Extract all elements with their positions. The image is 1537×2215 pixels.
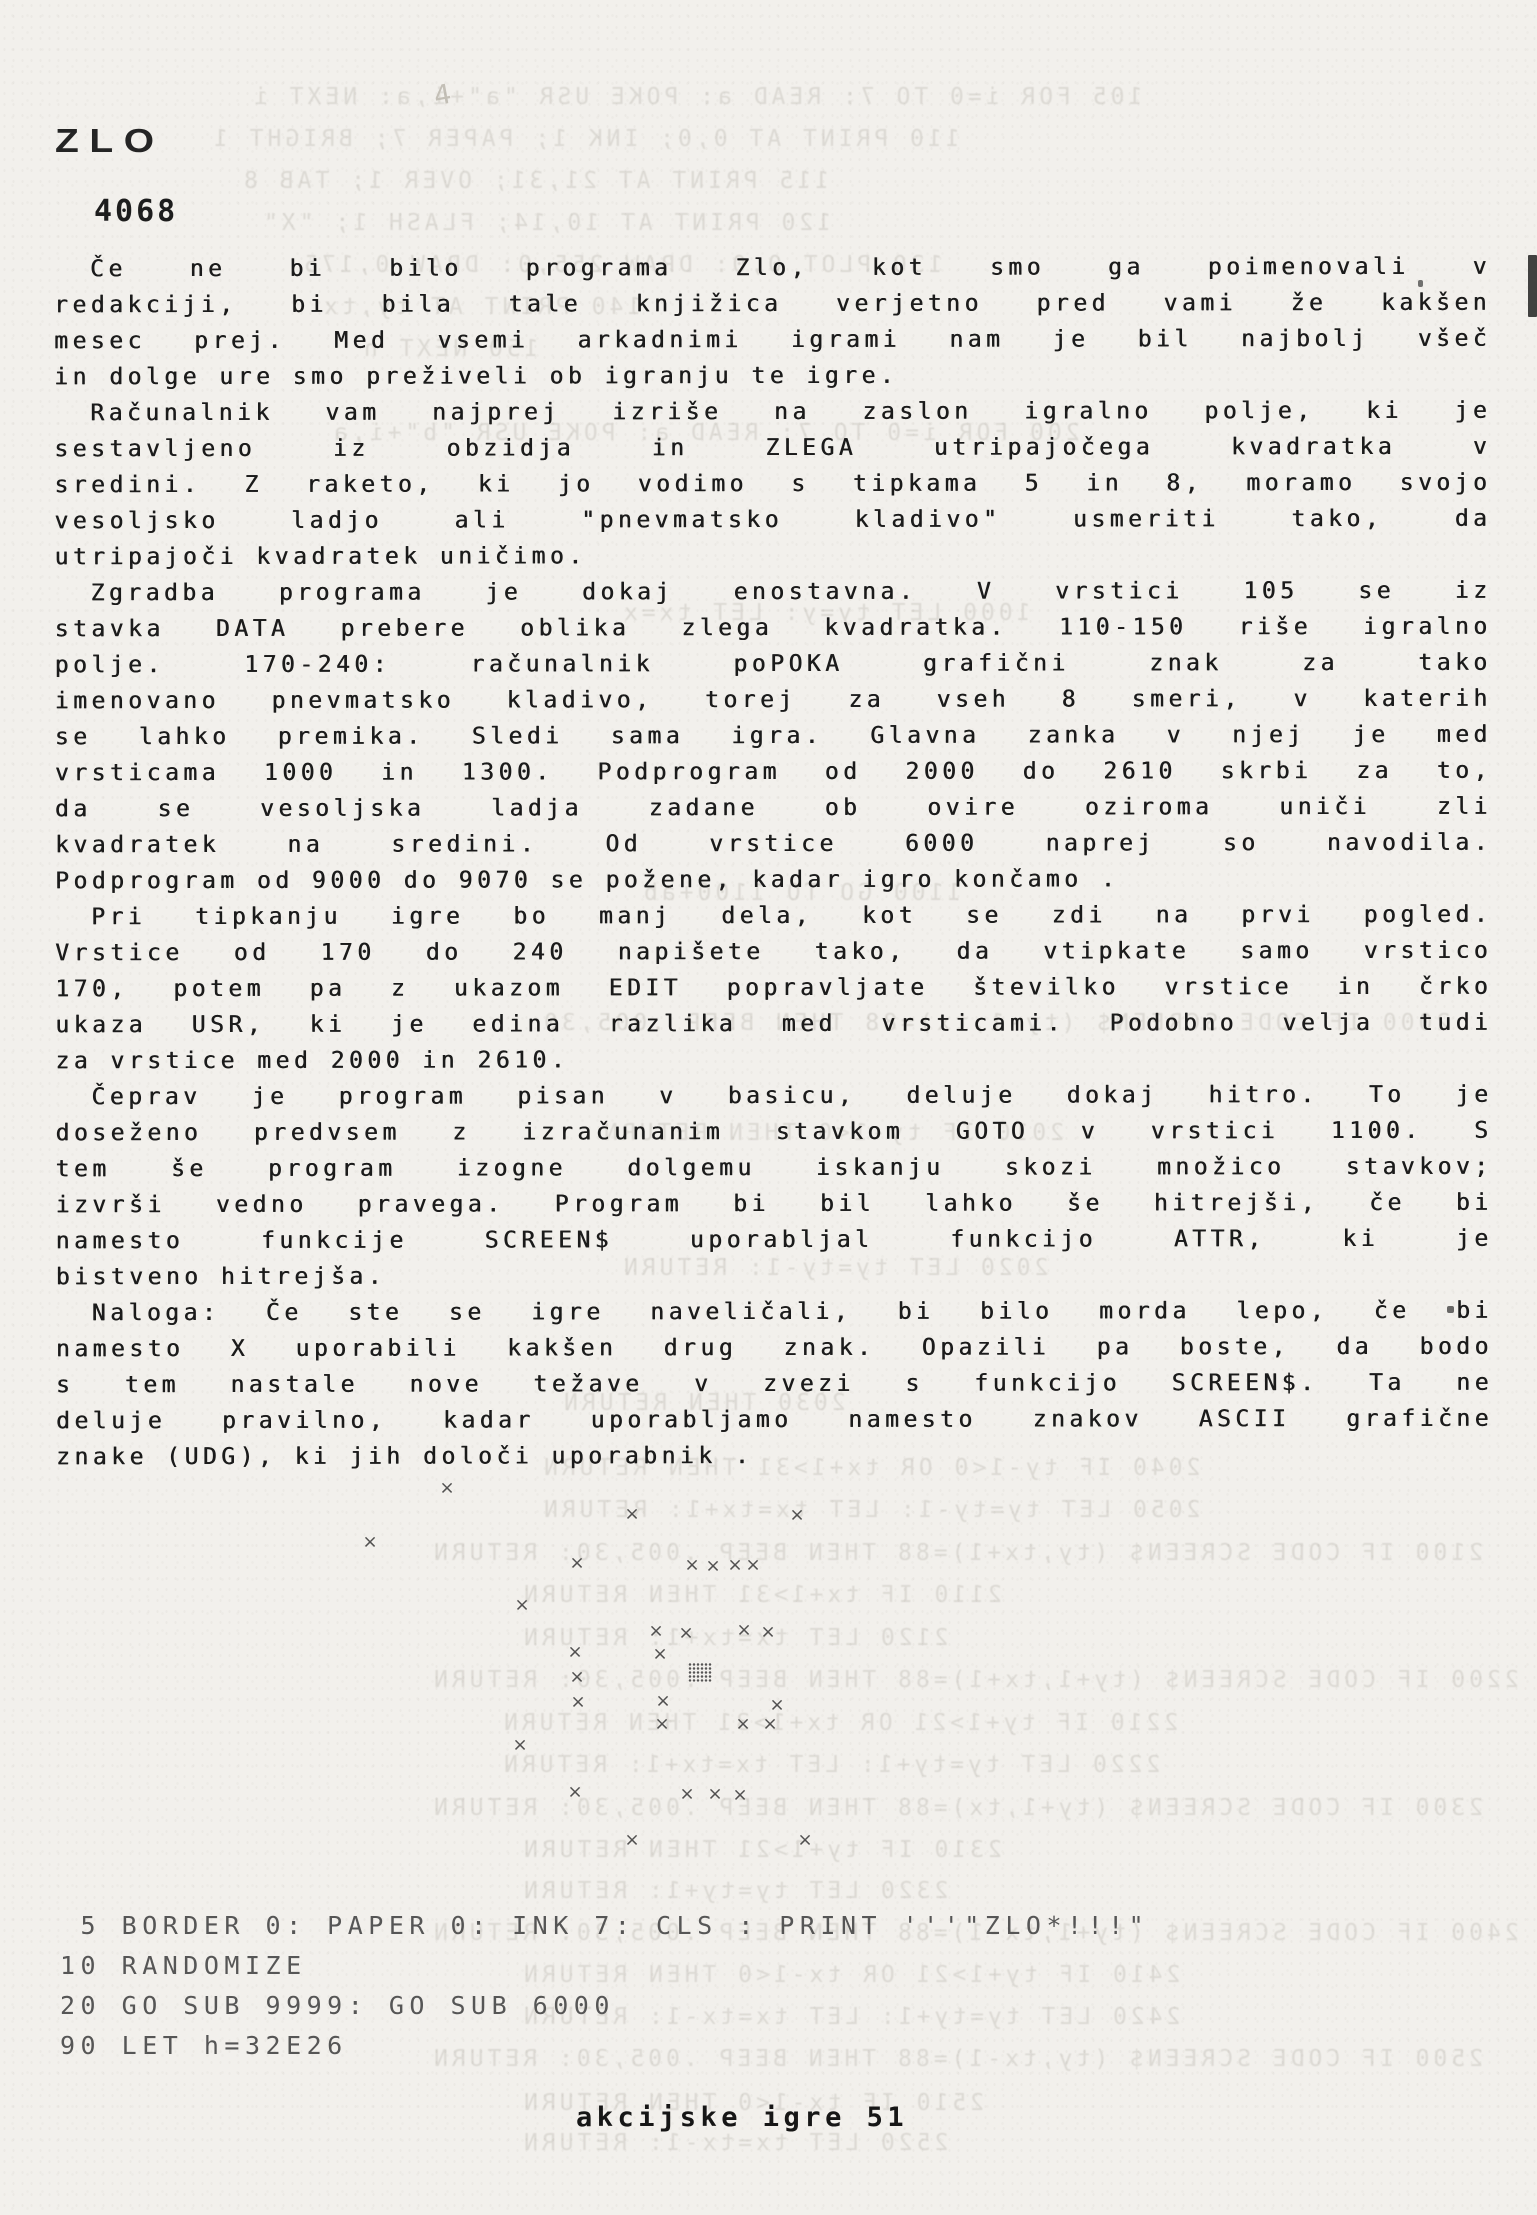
dot-block-mark bbox=[688, 1663, 712, 1682]
text-line: znake (UDG), ki jih določi uporabnik . bbox=[56, 1437, 1493, 1476]
article-title: ZLO bbox=[55, 122, 165, 160]
x-mark: × bbox=[570, 1691, 585, 1712]
text-line: Naloga: Če ste se igre naveličali, bi bi… bbox=[56, 1293, 1493, 1332]
x-mark: × bbox=[567, 1641, 582, 1662]
text-line: Vrstice od 170 do 240 napišete tako, da … bbox=[55, 933, 1492, 972]
text-line: da se vesoljska ladja zadane ob ovire oz… bbox=[55, 789, 1492, 828]
x-mark: × bbox=[789, 1504, 804, 1525]
text-line: izvrši vedno pravega. Program bi bil lah… bbox=[56, 1185, 1493, 1224]
x-mark: × bbox=[512, 1734, 527, 1755]
x-mark: × bbox=[652, 1643, 667, 1664]
text-line: bistveno hitrejša. bbox=[56, 1257, 1493, 1296]
text-line: 170, potem pa z ukazom EDIT popravljate … bbox=[55, 969, 1492, 1008]
text-line: za vrstice med 2000 in 2610. bbox=[55, 1041, 1492, 1080]
x-mark: × bbox=[727, 1554, 742, 1575]
code-line: 10 RANDOMIZE bbox=[60, 1946, 1149, 1986]
bleedthrough-line: 2300 IF CODE SCREEN$ (ty+1,tx)=88 THEN B… bbox=[430, 1795, 1483, 1821]
code-listing: 5 BORDER 0: PAPER 0: INK 7: CLS : PRINT … bbox=[60, 1906, 1149, 2066]
bleedthrough-line: 2320 LET ty=ty+1: RETURN bbox=[520, 1878, 948, 1904]
text-line: Pri tipkanju igre bo manj dela, kot se z… bbox=[55, 897, 1492, 936]
scanned-page: 105 FOR i=0 TO 7: READ a: POKE USR "a"+i… bbox=[0, 0, 1537, 2215]
text-line: in dolge ure smo preživeli ob igranju te… bbox=[54, 357, 1491, 396]
text-line: sredini. Z raketo, ki jo vodimo s tipkam… bbox=[54, 465, 1491, 504]
text-line: stavka DATA prebere oblika zlega kvadrat… bbox=[55, 609, 1492, 648]
text-line: mesec prej. Med vsemi arkadnimi igrami n… bbox=[54, 321, 1491, 360]
bleedthrough-line: 2520 LET tx=tx-1: RETURN bbox=[520, 2130, 948, 2156]
text-line: Zgradba programa je dokaj enostavna. V v… bbox=[54, 573, 1491, 612]
page-footer: akcijske igre 51 bbox=[576, 2102, 908, 2133]
x-mark: × bbox=[648, 1620, 663, 1641]
bleedthrough-line: 2220 LET ty=ty+1: LET tx=tx+1: RETURN bbox=[500, 1752, 1160, 1778]
bleedthrough-line: 2110 IF tx+1>31 THEN RETURN bbox=[520, 1582, 1002, 1608]
text-line: tem še program izogne dolgemu iskanju sk… bbox=[56, 1149, 1493, 1188]
text-line: sestavljeno iz obzidja in ZLEGA utripajo… bbox=[54, 429, 1491, 468]
issue-number: 4068 bbox=[94, 194, 178, 229]
text-line: namesto X uporabili kakšen drug znak. Op… bbox=[56, 1329, 1493, 1368]
x-mark: × bbox=[678, 1622, 693, 1643]
x-mark: × bbox=[569, 1666, 584, 1687]
x-mark: × bbox=[624, 1829, 639, 1850]
x-mark: × bbox=[762, 1713, 777, 1734]
x-mark: × bbox=[769, 1694, 784, 1715]
x-mark: × bbox=[362, 1531, 377, 1552]
code-line: 20 GO SUB 9999: GO SUB 6000 bbox=[60, 1986, 1149, 2026]
text-line: kvadratek na sredini. Od vrstice 6000 na… bbox=[55, 825, 1492, 864]
x-mark: × bbox=[654, 1713, 669, 1734]
text-line: Če ne bi bilo programa Zlo, kot smo ga p… bbox=[54, 249, 1491, 288]
x-mark: × bbox=[735, 1713, 750, 1734]
x-mark: × bbox=[745, 1554, 760, 1575]
text-line: Računalnik vam najprej izriše na zaslon … bbox=[54, 393, 1491, 432]
text-line: Čeprav je program pisan v basicu, deluje… bbox=[55, 1077, 1492, 1116]
article-body: Če ne bi bilo programa Zlo, kot smo ga p… bbox=[54, 249, 1493, 1476]
bleedthrough-line: 120 PRINT AT 10,14; FLASH 1; "X" bbox=[260, 210, 831, 236]
bleedthrough-line: 115 PRINT AT 21,31; OVER 1; TAB 8 bbox=[240, 168, 829, 194]
x-mark: × bbox=[655, 1690, 670, 1711]
x-mark: × bbox=[705, 1555, 720, 1576]
x-mark: × bbox=[567, 1781, 582, 1802]
code-line: 5 BORDER 0: PAPER 0: INK 7: CLS : PRINT … bbox=[60, 1906, 1149, 1946]
text-line: redakciji, bi bila tale knjižica verjetn… bbox=[54, 285, 1491, 324]
scan-speck bbox=[1418, 280, 1423, 287]
x-mark: × bbox=[736, 1619, 751, 1640]
text-line: doseženo predvsem z izračunanim stavkom … bbox=[55, 1113, 1492, 1152]
bleedthrough-line: 2210 IF ty+1>21 OR tx+1>31 THEN RETURN bbox=[500, 1710, 1178, 1736]
text-line: deluje pravilno, kadar uporabljamo names… bbox=[56, 1401, 1493, 1440]
text-line: polje. 170-240: računalnik poPOKA grafič… bbox=[55, 645, 1492, 684]
bleedthrough-line: 110 PRINT AT 0,0; INK 1; PAPER 7; BRIGHT… bbox=[210, 126, 960, 152]
text-line: vesoljsko ladjo ali "pnevmatsko kladivo"… bbox=[54, 501, 1491, 540]
x-mark: × bbox=[624, 1503, 639, 1524]
text-line: vrsticama 1000 in 1300. Podprogram od 20… bbox=[55, 753, 1492, 792]
text-line: ukaza USR, ki je edina razlika med vrsti… bbox=[55, 1005, 1492, 1044]
bleedthrough-line: 2310 IF ty+1>21 THEN RETURN bbox=[520, 1837, 1002, 1863]
text-line: namesto funkcije SCREEN$ uporabljal funk… bbox=[56, 1221, 1493, 1260]
bleedthrough-line: 2200 IF CODE SCREEN$ (ty+1,tx+1)=88 THEN… bbox=[430, 1667, 1519, 1693]
x-mark: × bbox=[569, 1552, 584, 1573]
bleedthrough-line: 2120 LET tx=tx+1: RETURN bbox=[520, 1625, 948, 1651]
text-line: se lahko premika. Sledi sama igra. Glavn… bbox=[55, 717, 1492, 756]
x-mark: × bbox=[707, 1783, 722, 1804]
x-mark: × bbox=[797, 1829, 812, 1850]
x-mark: × bbox=[679, 1783, 694, 1804]
text-line: s tem nastale nove težave v zvezi s funk… bbox=[56, 1365, 1493, 1404]
scan-speck bbox=[1447, 1306, 1454, 1313]
x-mark: × bbox=[760, 1621, 775, 1642]
text-line: imenovano pnevmatsko kladivo, torej za v… bbox=[55, 681, 1492, 720]
x-mark: × bbox=[514, 1594, 529, 1615]
x-mark: × bbox=[732, 1784, 747, 1805]
code-line: 90 LET h=32E26 bbox=[60, 2026, 1149, 2066]
x-mark: × bbox=[684, 1554, 699, 1575]
scan-artifact-bar bbox=[1528, 255, 1537, 317]
text-line: Podprogram od 9000 do 9070 se požene, ka… bbox=[55, 861, 1492, 900]
bleedthrough-line: 2100 IF CODE SCREEN$ (ty,tx+1)=88 THEN B… bbox=[430, 1540, 1483, 1566]
bleedthrough-line: 105 FOR i=0 TO 7: READ a: POKE USR "a"+i… bbox=[250, 84, 1142, 110]
x-mark: × bbox=[439, 1477, 454, 1498]
text-line: utripajoči kvadratek uničimo. bbox=[54, 537, 1491, 576]
